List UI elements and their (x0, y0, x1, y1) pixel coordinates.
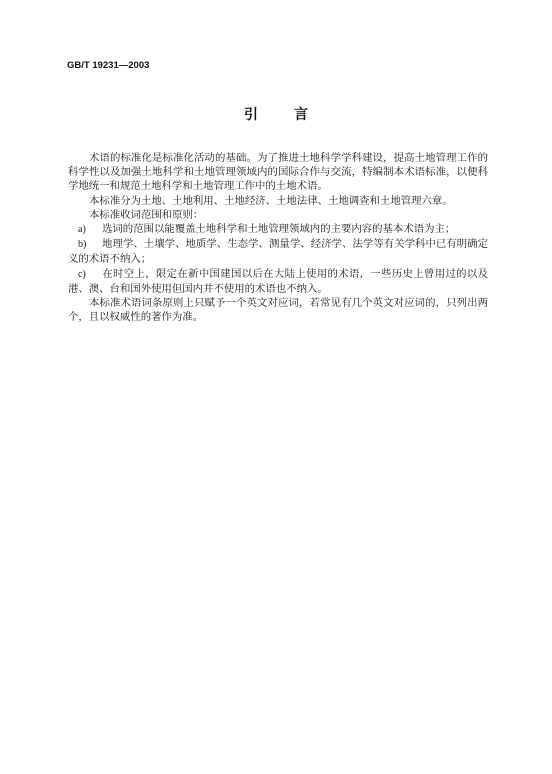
paragraph-chapters: 本标准分为土地、土地利用、土地经济、土地法律、土地调查和土地管理六章。 (68, 194, 488, 208)
list-item-text: 在时空上，限定在新中国建国以后在大陆上使用的术语，一些历史上曾用过的以及港、澳、… (68, 268, 488, 295)
paragraph-purpose: 术语的标准化是标准化活动的基础。为了推进土地科学学科建设，提高土地管理工作的科学… (68, 151, 488, 194)
paragraph-english-equivalents: 本标准术语词条原则上只赋予一个英文对应词，若常见有几个英文对应词的，只列出两个，… (68, 296, 488, 324)
section-title-char-1: 引 (244, 104, 258, 124)
section-title-char-2: 言 (294, 104, 308, 124)
list-item-text: 地理学、土壤学、地质学、生态学、测量学、经济学、法学等有关学科中已有明确定义的术… (68, 238, 488, 265)
standard-number: GB/T 19231—2003 (67, 60, 149, 71)
list-item-c: c)在时空上，限定在新中国建国以后在大陆上使用的术语，一些历史上曾用过的以及港、… (68, 267, 488, 296)
list-item-b: b)地理学、土壤学、地质学、生态学、测量学、经济学、法学等有关学科中已有明确定义… (68, 237, 488, 266)
foreword-body: 术语的标准化是标准化活动的基础。为了推进土地科学学科建设，提高土地管理工作的科学… (68, 151, 488, 324)
list-marker: a) (78, 223, 102, 237)
list-item-text: 选词的范围以能覆盖土地科学和土地管理领域内的主要内容的基本术语为主； (102, 223, 455, 235)
document-page: GB/T 19231—2003 引言 术语的标准化是标准化活动的基础。为了推进土… (0, 0, 552, 774)
list-marker: b) (78, 238, 102, 252)
list-marker: c) (78, 268, 102, 282)
paragraph-scope-intro: 本标准收词范围和原则： (68, 208, 488, 222)
list-item-a: a)选词的范围以能覆盖土地科学和土地管理领域内的主要内容的基本术语为主； (68, 222, 488, 237)
section-title: 引言 (0, 104, 552, 124)
